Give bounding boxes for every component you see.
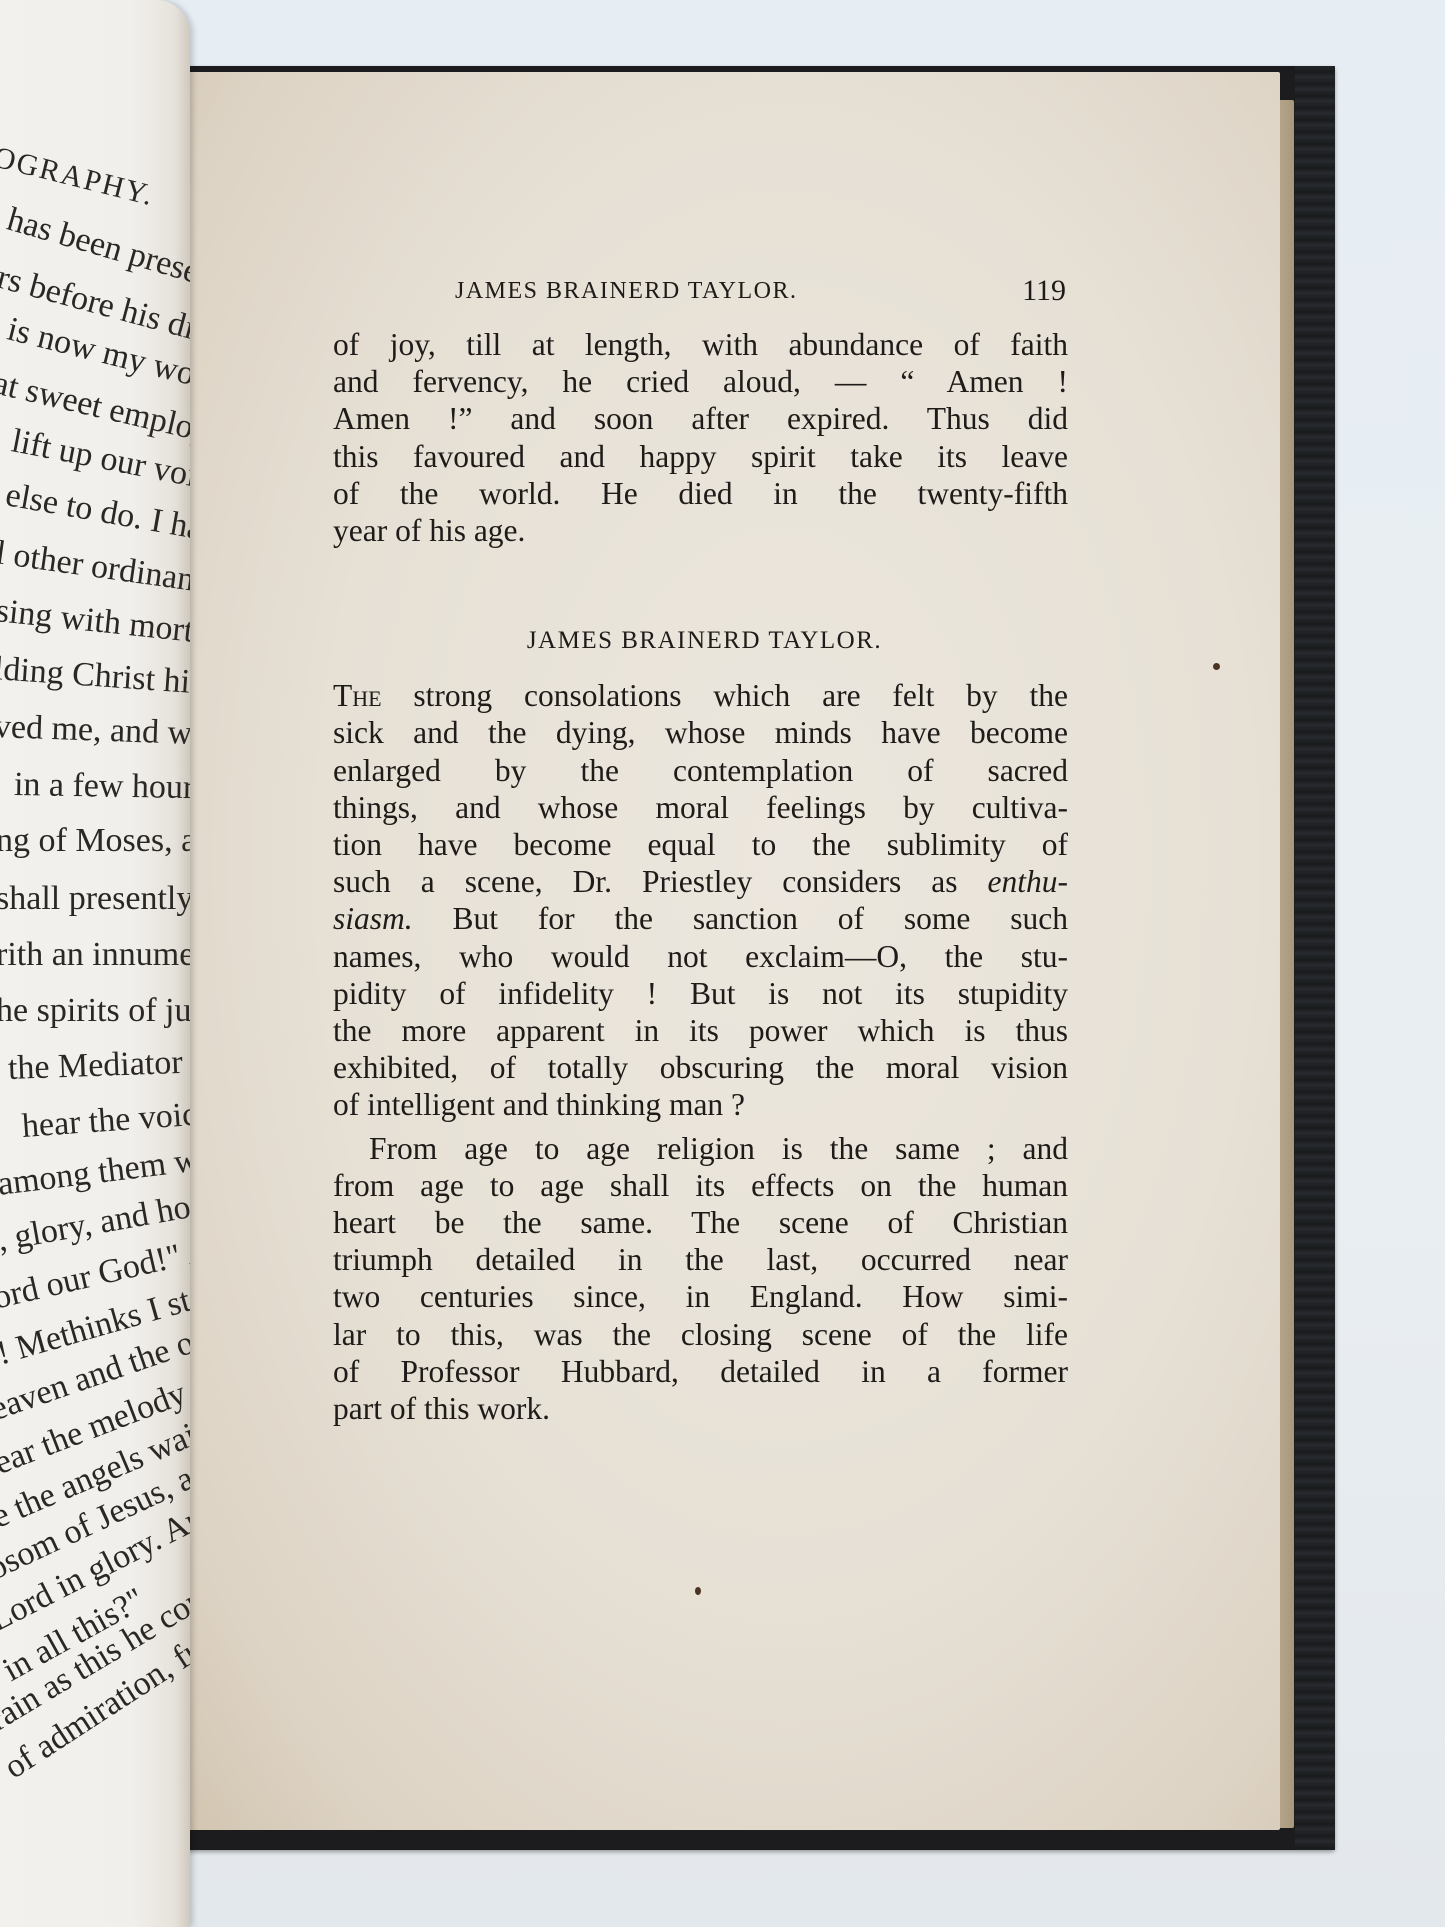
paragraph-1: The strong consolations which are felt b… xyxy=(333,677,1068,1123)
text-line: such a scene, Dr. Priestley considers as… xyxy=(333,863,1068,900)
text-line: pidity of infidelity ! But is not its st… xyxy=(333,975,1068,1012)
left-line: hear the voice xyxy=(21,1095,190,1146)
left-line: lding Christ himsel xyxy=(0,650,190,706)
text-run: But for the sanction of some such xyxy=(413,901,1068,936)
running-head: JAMES BRAINERD TAYLOR. 119 xyxy=(333,274,1068,316)
italic-word: enthu- xyxy=(988,864,1068,899)
page-number: 119 xyxy=(1022,274,1066,308)
paragraph-2: From age to age religion is the same ; a… xyxy=(333,1130,1068,1428)
text-line: things, and whose moral feelings by cult… xyxy=(333,789,1068,826)
text-line: lar to this, was the closing scene of th… xyxy=(333,1316,1068,1353)
left-line: sing with mortals. xyxy=(0,592,190,655)
text-line: siasm. But for the sanction of some such xyxy=(333,900,1068,937)
left-line: shall presently stan xyxy=(0,880,190,918)
left-line: ng of Moses, and th xyxy=(0,822,190,860)
text-line: of joy, till at length, with abundance o… xyxy=(333,326,1068,363)
text-line: year of his age. xyxy=(333,512,1068,549)
text-line: of intelligent and thinking man ? xyxy=(333,1086,1068,1123)
text-line: exhibited, of totally obscuring the mora… xyxy=(333,1049,1068,1086)
left-line: the Mediator of th xyxy=(7,1041,190,1088)
foxing-spot xyxy=(695,1587,701,1595)
text-line: this favoured and happy spirit take its … xyxy=(333,438,1068,475)
text-run: such a scene, Dr. Priestley considers as xyxy=(333,864,988,899)
left-line: in a few hours, be xyxy=(14,766,190,808)
text-line: names, who would not exclaim—O, the stu- xyxy=(333,938,1068,975)
text-line: Amen !” and soon after expired. Thus did xyxy=(333,400,1068,437)
text-line: From age to age religion is the same ; a… xyxy=(333,1130,1068,1167)
foxing-spot xyxy=(1213,663,1220,670)
text-line: heart be the same. The scene of Christia… xyxy=(333,1204,1068,1241)
italic-word: siasm. xyxy=(333,901,413,936)
page-text-block: JAMES BRAINERD TAYLOR. 119 of joy, till … xyxy=(333,274,1068,1427)
left-line: rith an innumerabl xyxy=(0,936,190,974)
left-running-head: OGRAPHY. xyxy=(0,141,158,214)
text-line: the more apparent in its power which is … xyxy=(333,1012,1068,1049)
section-title: JAMES BRAINERD TAYLOR. xyxy=(333,627,1068,655)
text-line: of Professor Hubbard, detailed in a form… xyxy=(333,1353,1068,1390)
text-line: two centuries since, in England. How sim… xyxy=(333,1278,1068,1315)
left-line: he spirits of just me xyxy=(0,992,190,1030)
text-line: and fervency, he cried aloud, — “ Amen ! xyxy=(333,363,1068,400)
continuation-paragraph: of joy, till at length, with abundance o… xyxy=(333,326,1068,549)
left-page: OGRAPHY. has been preserved rs before hi… xyxy=(0,0,190,1927)
text-line: The strong consolations which are felt b… xyxy=(333,677,1068,714)
left-line: ved me, and washe xyxy=(0,708,190,755)
text-line: from age to age shall its effects on the… xyxy=(333,1167,1068,1204)
text-line: enlarged by the contemplation of sacred xyxy=(333,752,1068,789)
text-line: triumph detailed in the last, occurred n… xyxy=(333,1241,1068,1278)
text-line: of the world. He died in the twenty-fift… xyxy=(333,475,1068,512)
text-run: strong consolations which are felt by th… xyxy=(382,678,1068,713)
small-caps-lead: The xyxy=(333,678,382,713)
running-head-title: JAMES BRAINERD TAYLOR. xyxy=(455,278,797,305)
text-line: tion have become equal to the sublimity … xyxy=(333,826,1068,863)
text-line: part of this work. xyxy=(333,1390,1068,1427)
text-line: sick and the dying, whose minds have bec… xyxy=(333,714,1068,751)
